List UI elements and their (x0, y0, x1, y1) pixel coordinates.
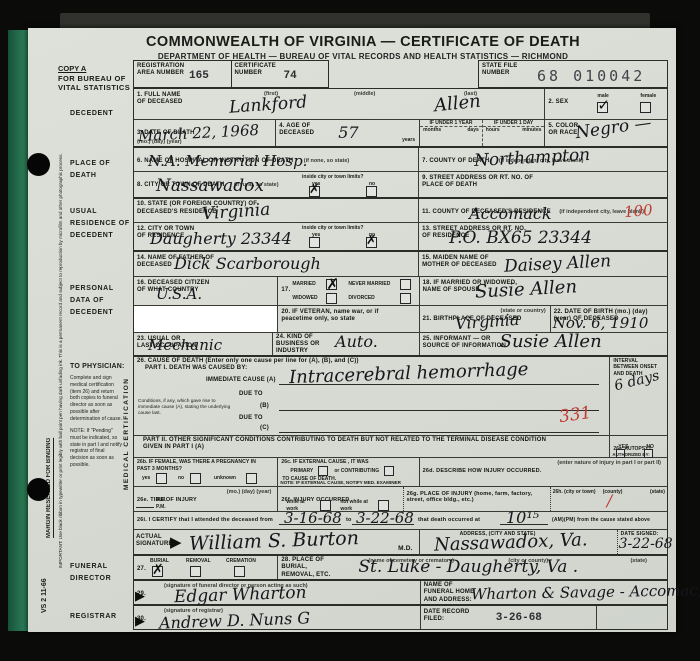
date-filed-label: DATE RECORD FILED: (424, 609, 474, 623)
value-city-residence: Daugherty 23344 (150, 229, 292, 248)
full-name-label: 1. FULL NAME OF DECEASED (137, 92, 189, 106)
field-citizen: 16. DECEASED CITIZEN OF WHAT COUNTRY U.S… (134, 277, 277, 305)
value-last-name: Allen (433, 91, 482, 117)
primary-checkbox (318, 466, 328, 476)
field-street-of-death: 9. STREET ADDRESS OR RT. NO. OF PLACE OF… (418, 172, 667, 197)
field-certification: 26i. I CERTIFY that I attended the decea… (134, 512, 667, 554)
field-part2: PART II. OTHER SIGNIFICANT CONDITIONS CO… (134, 436, 609, 458)
registration-area-label: REGISTRATION AREA NUMBER (137, 63, 192, 77)
value-cause-code: 331 (558, 403, 593, 427)
state-file-value: 68 010042 (537, 67, 645, 85)
due-to-1: DUE TO (239, 391, 263, 398)
field-father-name: 14. NAME OF FATHER OF DECEASED Dick Scar… (134, 252, 418, 276)
value-place-of-burial: St. Luke - Daugherty, Va . (358, 557, 578, 577)
authorized-by-label: AUTHORIZED BY: (612, 452, 649, 458)
burial-mark: ✗ (152, 562, 164, 578)
pregnancy-unknown-checkbox (246, 473, 257, 484)
section-place-of-death: PLACE OF DEATH (70, 158, 132, 182)
certificate-form: 1. FULL NAME OF DECEASED (first) (middle… (133, 88, 668, 630)
certificate-number-value: 74 (284, 70, 297, 82)
field-cause-of-death: 26. CAUSE OF DEATH (Enter only one cause… (134, 357, 609, 435)
external-cause-label: 26c. IF EXTERNAL CAUSE , IT WAS (281, 459, 415, 466)
ampm-label: (AM)(PM) from the cause stated above (552, 517, 650, 523)
value-hospital: N.A. Memorial Hosp. (148, 152, 307, 170)
value-county-of-death: Northampton (474, 145, 591, 171)
scanned-certificate-photo: COMMONWEALTH OF VIRGINIA — CERTIFICATE O… (0, 0, 700, 661)
field-business: 24. KIND OF BUSINESS OR INDUSTRY Auto. (272, 333, 419, 355)
field-state-residence: 10. STATE (OR FOREIGN COUNTRY) OF DECEAS… (134, 199, 418, 223)
veteran-label: 20. IF VETERAN, name war, or if peacetim… (281, 309, 391, 323)
how-injury-hint: (enter nature of injury in part I or par… (557, 460, 661, 466)
field-occupation: 23. USUAL OR LAST OCCUPATION Mechanic (134, 333, 272, 355)
value-business: Auto. (335, 332, 378, 351)
male-checkbox: ✓ (597, 102, 608, 113)
value-physician-signature: William S. Burton (189, 527, 360, 555)
removal-checkbox (190, 566, 201, 577)
cause-b-label: (B) (260, 403, 269, 410)
contributing-checkbox (384, 466, 394, 476)
section-to-physician-body: Complete and sign medical certification … (70, 375, 122, 422)
value-date-filed: 3-26-68 (496, 612, 542, 624)
external-note-label: NOTE: IF EXTERNAL CAUSE, NOTIFY MED. EXA… (280, 480, 401, 486)
value-birthplace: Virginia (454, 310, 520, 333)
field-pregnancy: 26b. IF FEMALE, WAS THERE A PREGNANCY IN… (134, 458, 277, 486)
divorced-checkbox (400, 293, 411, 304)
age-label: 4. AGE OF DECEASED (279, 123, 324, 137)
limits-no-checkbox (366, 186, 377, 197)
cause-c-label: (C) (260, 425, 269, 432)
field-registrar-empty (596, 606, 667, 629)
under-1-day-label: IF UNDER 1 DAY (483, 120, 545, 128)
due-to-2: DUE TO (239, 415, 263, 422)
months-label: months (423, 127, 441, 134)
married-checkbox: ✗ (326, 279, 337, 290)
actual-signature-label: ACTUAL SIGNATURE (136, 534, 170, 548)
occurred-label: that death occurred at (418, 517, 480, 524)
widowed-checkbox (326, 293, 337, 304)
value-city-of-death: Nassawadox (156, 176, 264, 196)
marital-num: 17. (281, 287, 290, 293)
field-mother-name: 15. MAIDEN NAME OF MOTHER OF DECEASED Da… (418, 252, 667, 276)
stacked-page-edge (60, 13, 650, 29)
signature-arrow-icon: ▶ (170, 535, 182, 550)
immediate-cause-label: IMMEDIATE CAUSE (A) (206, 377, 276, 384)
value-mother-name: Daisey Allen (504, 252, 612, 278)
res-limits-no-mark: ✗ (366, 233, 377, 248)
value-county-code: 100 (624, 200, 654, 220)
business-label: 24. KIND OF BUSINESS OR INDUSTRY (276, 334, 336, 356)
place-of-injury-label: 26g. PLACE OF INJURY (home, farm, factor… (407, 491, 537, 504)
punch-hole-top (27, 153, 50, 176)
field-time-of-injury: 26e. TIME OF INJURY (mo.) (day) (year) A… (134, 487, 277, 511)
field-external-cause: 26c. IF EXTERNAL CAUSE , IT WAS PRIMARY … (277, 458, 418, 486)
value-informant: Susie Allen (500, 331, 602, 352)
field-marital-status: 17. MARRIED ✗ NEVER MARRIED WIDOWED DIVO… (277, 277, 418, 305)
field-hospital: 6. NAME OF HOSPITAL OR INSTITUTION OF DE… (134, 148, 418, 171)
days-label: days (467, 127, 478, 134)
cremation-checkbox (234, 566, 245, 577)
contributing-label: or CONTRIBUTING (334, 468, 379, 475)
pregnancy-no-label: no (178, 475, 184, 482)
certificate-paper: COMMONWEALTH OF VIRGINIA — CERTIFICATE O… (28, 28, 676, 632)
state-file-label: STATE FILE NUMBER (482, 63, 522, 77)
age-years-label: years (402, 137, 415, 144)
field-county-of-death: 7. COUNTY OF DEATH (if independent city,… (418, 148, 667, 171)
section-registrar: REGISTRAR (70, 611, 132, 623)
married-mark: ✗ (326, 275, 339, 293)
field-redacted-box (134, 306, 277, 332)
value-state-residence: Virginia (201, 199, 271, 224)
value-first-name: Lankford (228, 92, 307, 117)
value-spouse: Susie Allen (474, 277, 577, 303)
section-decedent: DECEDENT (70, 108, 132, 120)
under-1-year-label: IF UNDER 1 YEAR (420, 120, 482, 128)
value-date-signed: 3-22-68 (619, 536, 673, 552)
punch-hole-bottom (27, 478, 50, 501)
field-how-injury: 26d. DESCRIBE HOW INJURY OCCURRED. (ente… (419, 458, 667, 486)
field-full-name: 1. FULL NAME OF DECEASED (first) (middle… (134, 89, 544, 119)
injury-city-label: 26h. (city or town) (553, 489, 596, 496)
hospital-hint: (if none, so state) (304, 158, 350, 164)
section-personal-data: PERSONAL DATA OF DECEDENT (70, 283, 132, 319)
time-hints: (mo.) (day) (year) (227, 489, 272, 495)
limits-yes-mark: ✗ (309, 182, 320, 197)
field-age: 4. AGE OF DECEASED 57 years (275, 120, 419, 146)
field-date-of-birth: 22. DATE OF BIRTH (mo.) (day) (year) OF … (550, 306, 667, 332)
number-boxes: REGISTRATION AREA NUMBER 165 CERTIFICATE… (133, 60, 329, 88)
value-date-of-birth: Nov. 6, 1910 (553, 314, 649, 332)
field-autopsy: 26a. AUTOPSY? YES NO AUTHORIZED BY: (609, 436, 667, 458)
section-funeral-director: FUNERAL DIRECTOR (70, 561, 132, 585)
certificate-number-label: CERTIFICATE NUMBER (235, 63, 280, 77)
field-disposition: 27. BURIAL ✗ REMOVAL CREMATION (134, 556, 277, 579)
place-of-burial-label: 28. PLACE OF BURIAL, REMOVAL, ETC. (281, 557, 341, 579)
funeral-signature-arrow-icon: ▶ (135, 589, 145, 602)
field-veteran: 20. IF VETERAN, name war, or if peacetim… (277, 306, 418, 332)
registrar-signature-arrow-icon: ▶ (135, 614, 145, 627)
time-line (136, 507, 154, 508)
registration-area-value: 165 (189, 70, 209, 82)
disposition-num: 27. (137, 566, 146, 572)
never-married-checkbox (400, 279, 411, 290)
cremation-label: CREMATION (226, 558, 256, 565)
pregnancy-yes-label: yes (142, 475, 150, 482)
value-father-name: Dick Scarborough (174, 254, 321, 273)
limits-yes-checkbox: ✗ (309, 186, 320, 197)
middle-hint: (middle) (354, 91, 375, 97)
field-registrar-signature: 30. ▶ (signature of registrar) Andrew D.… (134, 606, 420, 629)
state-hint: (state) (630, 558, 647, 564)
conditions-note: Conditions, if any, which gave rise to i… (138, 399, 233, 418)
certificate-title: COMMONWEALTH OF VIRGINIA — CERTIFICATE O… (98, 34, 628, 50)
hours-label: hours (486, 127, 500, 134)
never-married-label: NEVER MARRIED (348, 281, 390, 288)
field-funeral-director-signature: 29. ▶ (signature of funeral director or … (134, 581, 420, 604)
cause-b-line (279, 410, 599, 411)
field-street-residence: 13. STREET ADDRESS OR RT. NO. OF RESIDEN… (418, 223, 667, 250)
value-physician-address: Nassawadox, Va. (433, 529, 587, 555)
copy-label: COPY A (58, 64, 86, 73)
res-limits-yes-checkbox (309, 237, 320, 248)
value-registrar-signature: Andrew D. Nuns G (159, 609, 311, 633)
pregnancy-no-checkbox (190, 473, 201, 484)
value-street-residence: P.O. BX65 23344 (449, 228, 592, 248)
registration-area-box: REGISTRATION AREA NUMBER 165 (134, 61, 231, 87)
field-informant: 25. INFORMANT — OR SOURCE OF INFORMATION… (419, 333, 667, 355)
widowed-label: WIDOWED (292, 295, 317, 302)
field-color-race: 5. COLOR OR RACE Negro — (544, 120, 667, 146)
section-usual-residence: USUAL RESIDENCE OF DECEDENT (70, 206, 132, 242)
field-place-of-burial: 28. PLACE OF BURIAL, REMOVAL, ETC. (name… (277, 556, 667, 579)
burial-checkbox: ✗ (152, 566, 163, 577)
sex-label: 2. SEX (548, 99, 568, 105)
male-checkmark: ✓ (597, 96, 610, 114)
section-medical-certification: MEDICAL CERTIFICATION (120, 355, 134, 512)
value-county-residence: Accomack (469, 204, 551, 223)
divorced-label: DIVORCED (348, 295, 374, 302)
primary-label: PRIMARY (290, 468, 313, 475)
street-of-death-label: 9. STREET ADDRESS OR RT. NO. OF PLACE OF… (422, 175, 542, 189)
field-injury-occurred: 26f. INJURY OCCURRED while at work not w… (277, 487, 402, 511)
female-checkbox (640, 102, 651, 113)
field-city-of-death: 8. CITY OR TOWN OF DEATH (if rural, so s… (134, 172, 418, 197)
res-limits-label: inside city or town limits? (302, 225, 372, 232)
certify-label: 26i. I CERTIFY that I attended the decea… (137, 517, 273, 524)
form-number-text: VS 2 11-66 (40, 533, 50, 613)
injury-red-mark: ∕ (607, 491, 612, 510)
minutes-label: minutes (522, 127, 541, 134)
married-label: MARRIED (292, 281, 315, 288)
md-label: M.D. (398, 545, 413, 553)
value-occupation: Mechanic (148, 336, 222, 354)
cause-c-line (279, 432, 599, 433)
pregnancy-label: 26b. IF FEMALE, WAS THERE A PREGNANCY IN… (137, 459, 267, 473)
field-injury-location: 26h. (city or town) (county) (state) ∕ (550, 487, 667, 511)
part2-label: PART II. OTHER SIGNIFICANT CONDITIONS CO… (143, 437, 563, 451)
field-funeral-home: NAME OF FUNERAL HOME AND ADDRESS: Wharto… (420, 581, 667, 604)
mother-name-label: 15. MAIDEN NAME OF MOTHER OF DECEASED (422, 255, 502, 269)
pm-label: P.M. (156, 504, 166, 511)
pregnancy-unknown-label: unknown (214, 475, 236, 482)
value-citizen: U.S.A. (156, 285, 202, 303)
field-city-residence: 12. CITY OR TOWN OF RESIDENCE inside cit… (134, 223, 418, 250)
removal-label: REMOVAL (186, 558, 211, 565)
field-county-residence: 11. COUNTY OF DECEASED'S RESIDENCE (if i… (418, 199, 667, 223)
certify-to-label: to (346, 517, 352, 524)
field-birthplace: 21. BIRTHPLACE OF DECEASED (state or cou… (419, 306, 550, 332)
value-funeral-director-signature: Edgar Wharton (174, 583, 307, 608)
res-limits-no-checkbox: ✗ (366, 237, 377, 248)
how-injury-label: 26d. DESCRIBE HOW INJURY OCCURRED. (423, 468, 542, 474)
injury-county-label: (county) (603, 489, 623, 496)
state-file-box: STATE FILE NUMBER 68 010042 (478, 60, 668, 88)
field-date-of-death: 3. DATE OF DEATH (mo.) (day) (year) Marc… (134, 120, 275, 146)
value-funeral-home: Wharton & Savage - Accomac, Va, (471, 581, 700, 604)
limits-label: inside city or town limits? (302, 174, 372, 181)
copy-for-label: FOR BUREAU OF VITAL STATISTICS (58, 74, 138, 92)
injury-state-label: (state) (650, 489, 665, 496)
section-to-physician-note: NOTE: If "Pending" must be indicated, so… (70, 428, 122, 469)
field-interval: INTERVAL BETWEEN ONSET AND DEATH 6 days (609, 357, 667, 435)
field-date-filed: DATE RECORD FILED: 3-26-68 (420, 606, 596, 629)
field-under-one: IF UNDER 1 YEAR monthsdays IF UNDER 1 DA… (419, 120, 544, 146)
certificate-number-box: CERTIFICATE NUMBER 74 (231, 61, 329, 87)
am-label: A.M. (156, 497, 167, 504)
value-age: 57 (338, 123, 358, 142)
field-spouse: 18. IF MARRIED OR WIDOWED, NAME OF SPOUS… (419, 277, 667, 305)
female-label: female (640, 93, 656, 100)
pregnancy-yes-checkbox (156, 473, 167, 484)
